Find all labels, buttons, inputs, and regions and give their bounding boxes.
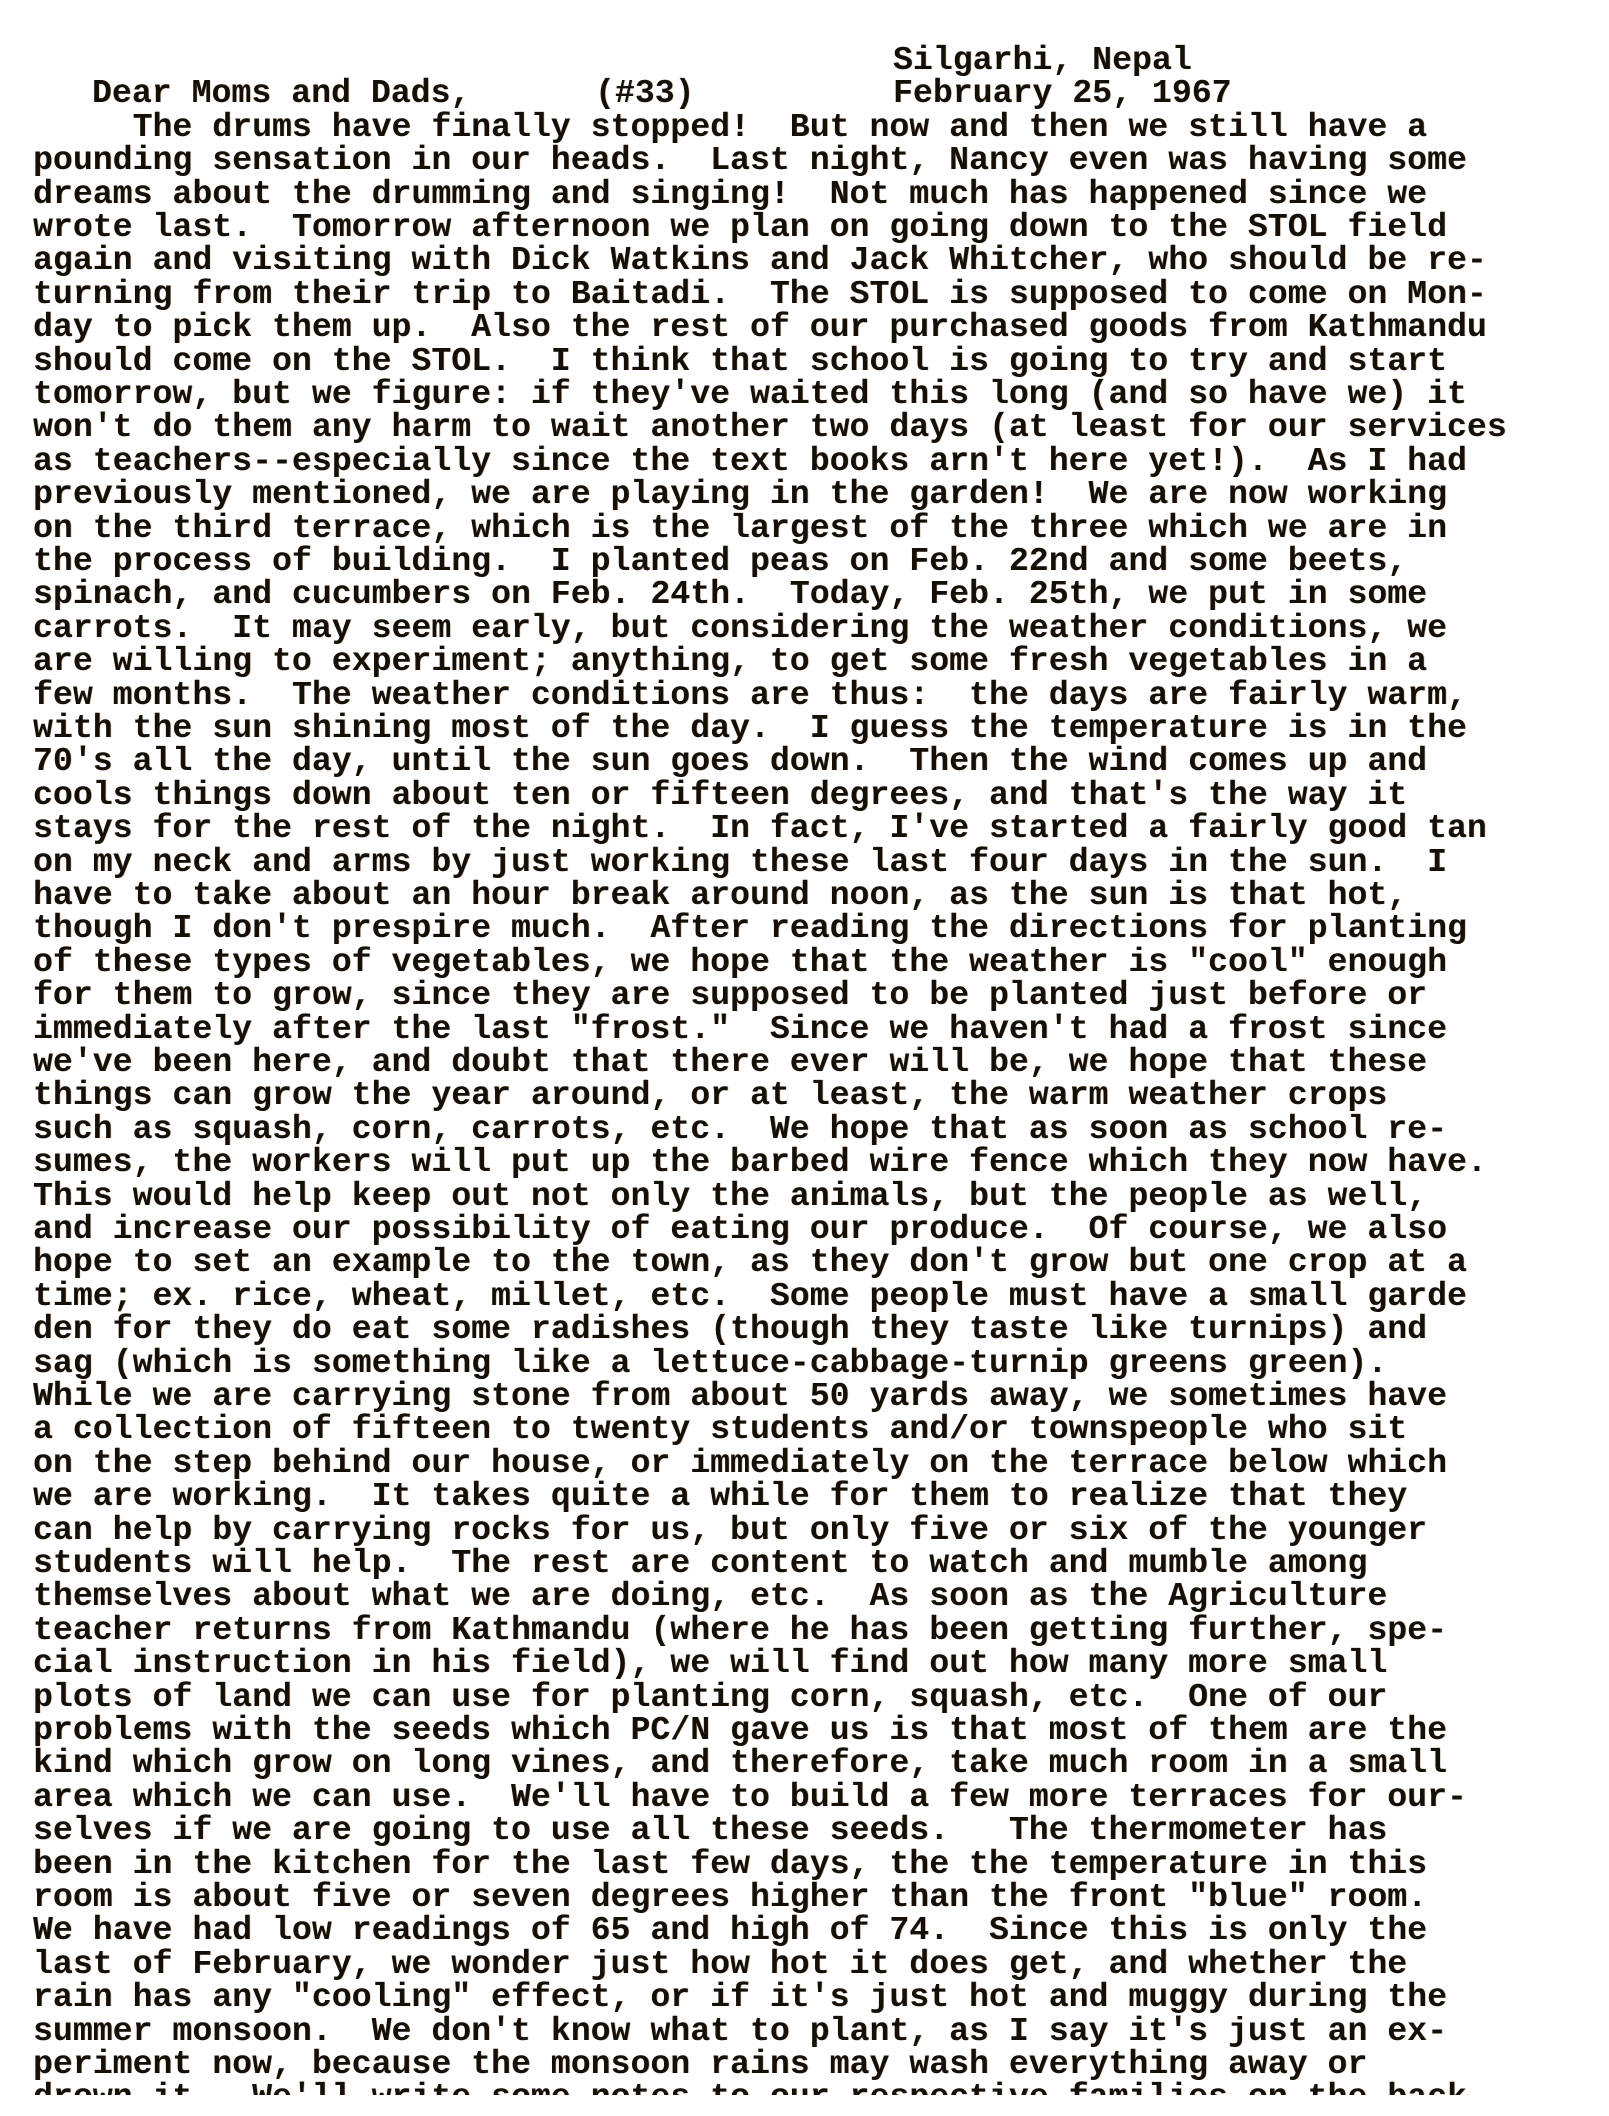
letter-line: den for they do eat some radishes (thoug… bbox=[33, 1313, 1427, 1346]
letter-line: previously mentioned, we are playing in … bbox=[33, 478, 1447, 511]
letter-line: should come on the STOL. I think that sc… bbox=[33, 345, 1447, 378]
letter-number: (#33) bbox=[595, 77, 695, 110]
letter-line: sag (which is something like a lettuce-c… bbox=[33, 1347, 1387, 1380]
letter-line: immediately after the last "frost." Sinc… bbox=[33, 1013, 1447, 1046]
letter-line: can help by carrying rocks for us, but o… bbox=[33, 1514, 1427, 1547]
letter-line: pounding sensation in our heads. Last ni… bbox=[33, 144, 1467, 177]
letter-line: stays for the rest of the night. In fact… bbox=[33, 812, 1487, 845]
letter-line: on the third terrace, which is the large… bbox=[33, 512, 1447, 545]
letter-line: though I don't prespire much. After read… bbox=[33, 912, 1467, 945]
letter-line: last of February, we wonder just how hot… bbox=[33, 1948, 1407, 1981]
letter-line: carrots. It may seem early, but consider… bbox=[33, 612, 1447, 645]
letter-date: February 25, 1967 bbox=[893, 77, 1232, 110]
letter-line: tomorrow, but we figure: if they've wait… bbox=[33, 378, 1467, 411]
letter-line: spinach, and cucumbers on Feb. 24th. Tod… bbox=[33, 578, 1427, 611]
letter-line: won't do them any harm to wait another t… bbox=[33, 411, 1507, 444]
letter-place: Silgarhi, Nepal bbox=[893, 44, 1192, 77]
letter-line: for them to grow, since they are suppose… bbox=[33, 979, 1427, 1012]
letter-line: are willing to experiment; anything, to … bbox=[33, 645, 1427, 678]
letter-line: 70's all the day, until the sun goes dow… bbox=[33, 745, 1427, 778]
letter-salutation: Dear Moms and Dads, bbox=[92, 77, 470, 110]
letter-line: again and visiting with Dick Watkins and… bbox=[33, 244, 1487, 277]
letter-line: as teachers--especially since the text b… bbox=[33, 445, 1467, 478]
letter-line: wrote last. Tomorrow afternoon we plan o… bbox=[33, 211, 1447, 244]
letter-line: on my neck and arms by just working thes… bbox=[33, 846, 1447, 879]
letter-line: turning from their trip to Baitadi. The … bbox=[33, 278, 1487, 311]
letter-line: rain has any "cooling" effect, or if it'… bbox=[33, 1981, 1447, 2014]
letter-line: While we are carrying stone from about 5… bbox=[33, 1380, 1447, 1413]
typed-letter-page: Silgarhi, Nepal Dear Moms and Dads, (#33… bbox=[0, 0, 1609, 2116]
letter-line: teacher returns from Kathmandu (where he… bbox=[33, 1614, 1447, 1647]
letter-line: we are working. It takes quite a while f… bbox=[33, 1480, 1407, 1513]
letter-line: themselves about what we are doing, etc.… bbox=[33, 1580, 1387, 1613]
letter-line: we've been here, and doubt that there ev… bbox=[33, 1046, 1427, 1079]
letter-line: This would help keep out not only the an… bbox=[33, 1180, 1427, 1213]
letter-line: kind which grow on long vines, and there… bbox=[33, 1747, 1447, 1780]
letter-line: been in the kitchen for the last few day… bbox=[33, 1848, 1427, 1881]
letter-cut-off-line: drown it. We'll write some notes to our … bbox=[33, 2081, 1467, 2095]
letter-line: room is about five or seven degrees high… bbox=[33, 1881, 1427, 1914]
letter-line: periment now, because the monsoon rains … bbox=[33, 2048, 1367, 2081]
letter-line: problems with the seeds which PC/N gave … bbox=[33, 1714, 1447, 1747]
letter-line: hope to set an example to the town, as t… bbox=[33, 1246, 1467, 1279]
letter-line: area which we can use. We'll have to bui… bbox=[33, 1781, 1467, 1814]
letter-line: few months. The weather conditions are t… bbox=[33, 679, 1467, 712]
letter-line: of these types of vegetables, we hope th… bbox=[33, 946, 1447, 979]
letter-line: sumes, the workers will put up the barbe… bbox=[33, 1146, 1487, 1179]
letter-line: a collection of fifteen to twenty studen… bbox=[33, 1413, 1407, 1446]
letter-line: summer monsoon. We don't know what to pl… bbox=[33, 2015, 1447, 2048]
letter-line: plots of land we can use for planting co… bbox=[33, 1681, 1387, 1714]
letter-line: cial instruction in his field), we will … bbox=[33, 1647, 1387, 1680]
letter-line: things can grow the year around, or at l… bbox=[33, 1079, 1387, 1112]
letter-line: such as squash, corn, carrots, etc. We h… bbox=[33, 1113, 1447, 1146]
letter-line: have to take about an hour break around … bbox=[33, 879, 1407, 912]
letter-line: dreams about the drumming and singing! N… bbox=[33, 178, 1427, 211]
letter-line: the process of building. I planted peas … bbox=[33, 545, 1407, 578]
letter-line: on the step behind our house, or immedia… bbox=[33, 1447, 1447, 1480]
letter-line: selves if we are going to use all these … bbox=[33, 1814, 1387, 1847]
letter-line: and increase our possibility of eating o… bbox=[33, 1213, 1447, 1246]
letter-line: time; ex. rice, wheat, millet, etc. Some… bbox=[33, 1280, 1467, 1313]
letter-line: with the sun shining most of the day. I … bbox=[33, 712, 1467, 745]
letter-line: students will help. The rest are content… bbox=[33, 1547, 1367, 1580]
letter-line: We have had low readings of 65 and high … bbox=[33, 1914, 1427, 1947]
letter-line: day to pick them up. Also the rest of ou… bbox=[33, 311, 1487, 344]
letter-line: cools things down about ten or fifteen d… bbox=[33, 779, 1407, 812]
letter-line: The drums have finally stopped! But now … bbox=[33, 111, 1427, 144]
